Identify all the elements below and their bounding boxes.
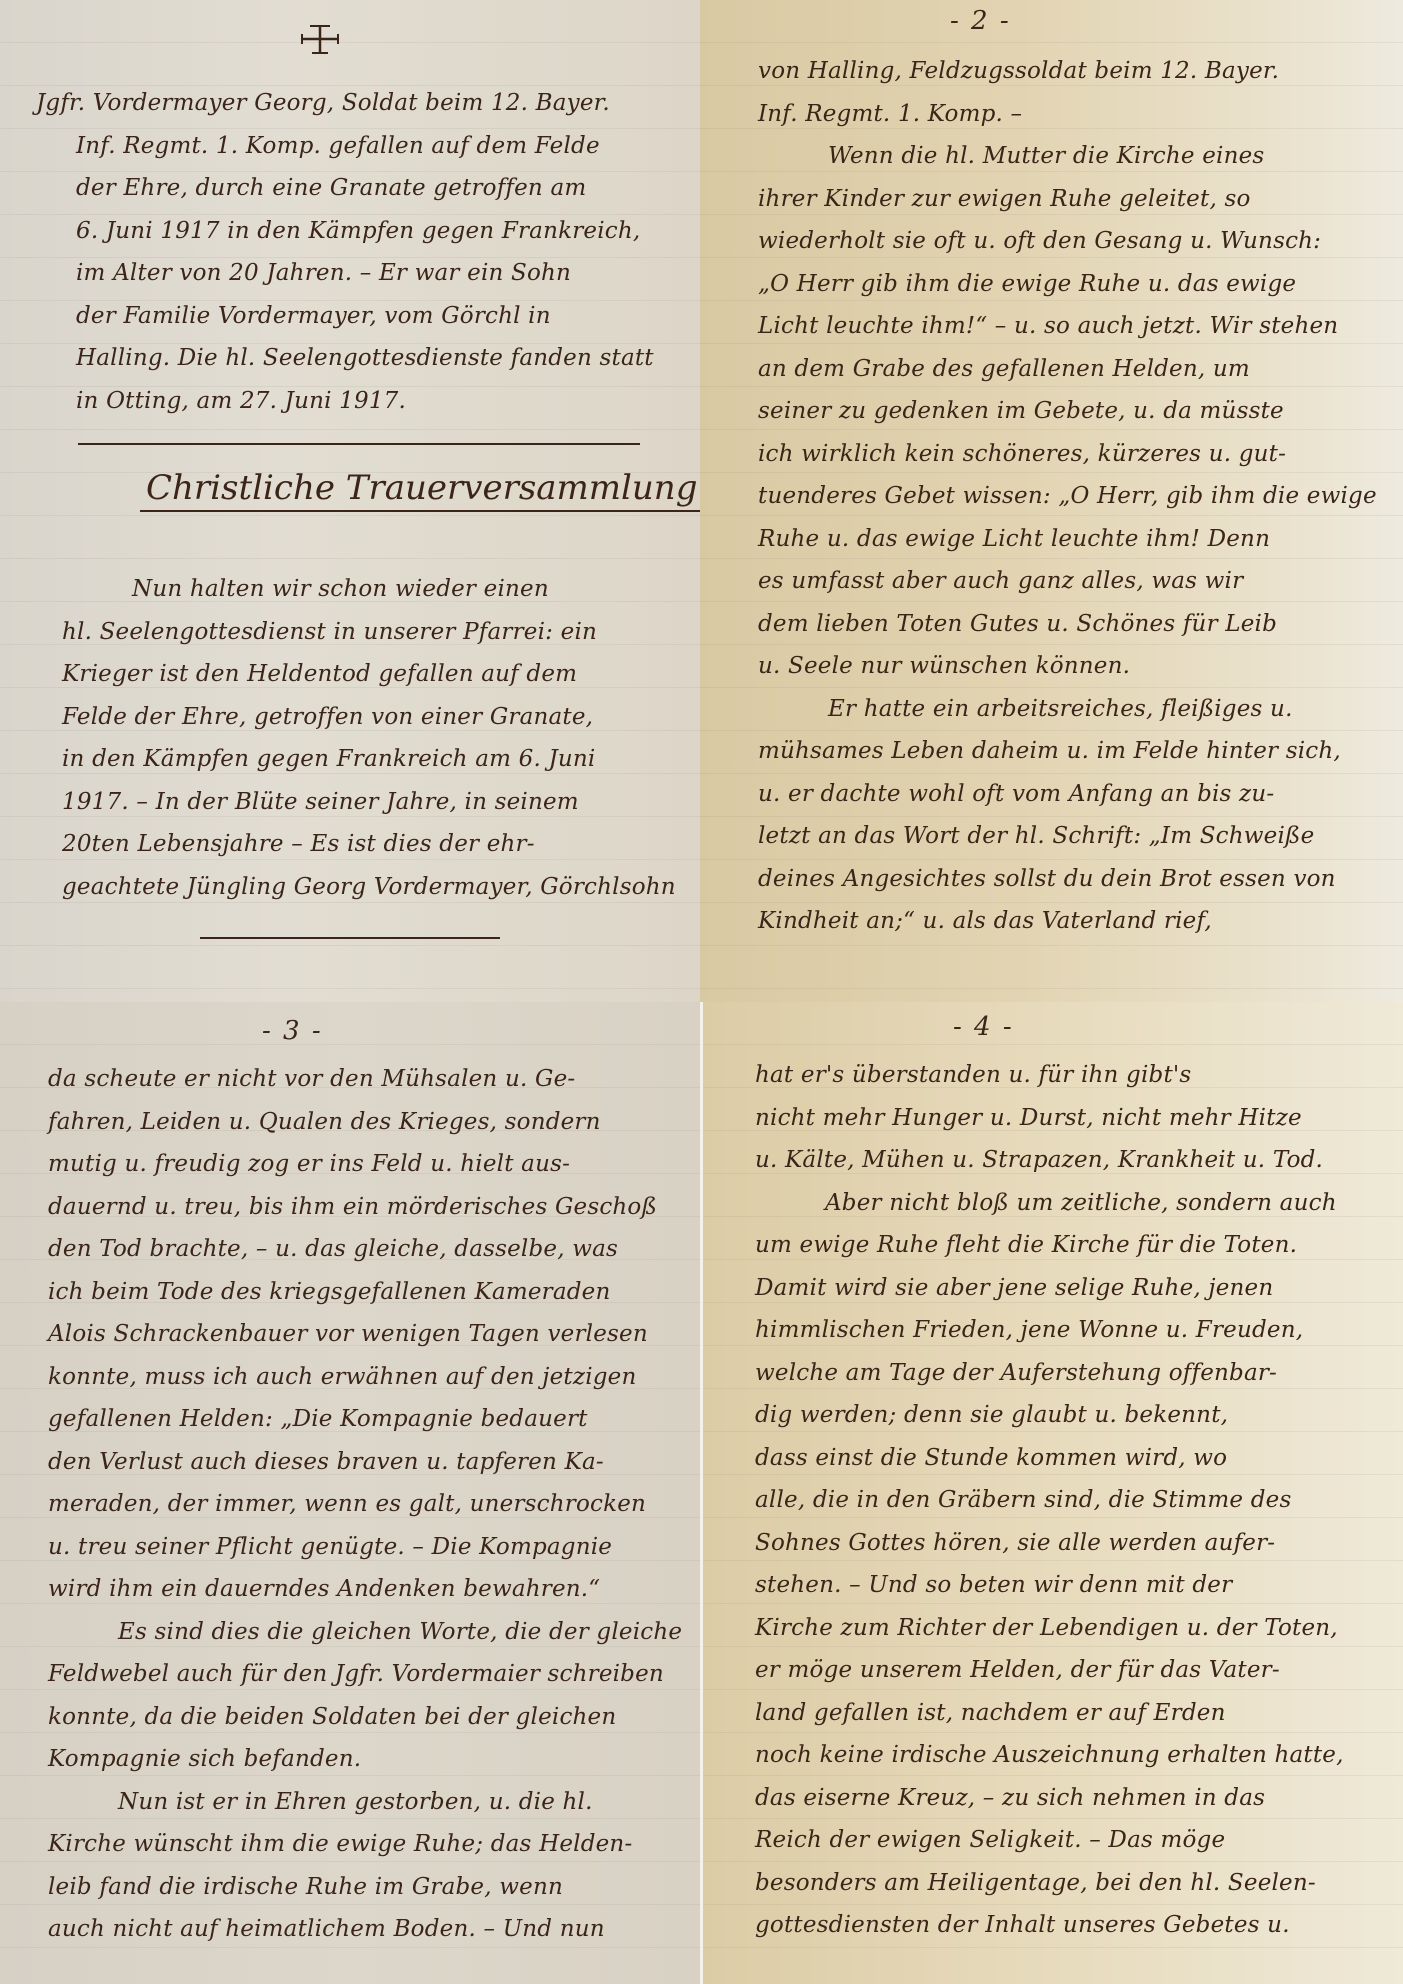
text-line: leib fand die irdische Ruhe im Grabe, we… (48, 1866, 682, 1909)
text-line: dig werden; denn sie glaubt u. bekennt, (755, 1394, 1344, 1437)
intro-line: Inf. Regmt. 1. Komp. gefallen auf dem Fe… (36, 125, 654, 168)
body-line: geachtete Jüngling Georg Vordermayer, Gö… (62, 866, 676, 909)
text-line: Sohnes Gottes hören, sie alle werden auf… (755, 1522, 1344, 1565)
text-line: Reich der ewigen Seligkeit. – Das möge (755, 1819, 1344, 1862)
page-number: - 4 - (953, 1012, 1014, 1042)
page-text: von Halling, Feldzugssoldat beim 12. Bay… (758, 50, 1377, 943)
text-line: „O Herr gib ihm die ewige Ruhe u. das ew… (758, 263, 1377, 306)
text-line: meraden, der immer, wenn es galt, unersc… (48, 1483, 682, 1526)
text-line: Kirche zum Richter der Lebendigen u. der… (755, 1607, 1344, 1650)
intro-line: Halling. Die hl. Seelengottesdienste fan… (36, 337, 654, 380)
text-line: Wenn die hl. Mutter die Kirche eines (758, 135, 1377, 178)
page-number: - 2 - (950, 6, 1011, 36)
text-line: u. Seele nur wünschen können. (758, 645, 1377, 688)
text-line: Kirche wünscht ihm die ewige Ruhe; das H… (48, 1823, 682, 1866)
text-line: ich beim Tode des kriegsgefallenen Kamer… (48, 1271, 682, 1314)
text-line: noch keine irdische Auszeichnung erhalte… (755, 1734, 1344, 1777)
name-underline (200, 937, 500, 939)
intro-line: der Familie Vordermayer, vom Görchl in (36, 295, 654, 338)
body-line: Krieger ist den Heldentod gefallen auf d… (62, 653, 676, 696)
text-line: deines Angesichtes sollst du dein Brot e… (758, 858, 1377, 901)
text-line: Damit wird sie aber jene selige Ruhe, je… (755, 1267, 1344, 1310)
manuscript-page-4: - 4 - hat er's überstanden u. für ihn gi… (700, 1002, 1403, 1984)
text-line: Nun ist er in Ehren gestorben, u. die hl… (48, 1781, 682, 1824)
text-line: land gefallen ist, nachdem er auf Erden (755, 1692, 1344, 1735)
body-line: 20ten Lebensjahre – Es ist dies der ehr- (62, 823, 676, 866)
text-line: Kompagnie sich befanden. (48, 1738, 682, 1781)
text-line: von Halling, Feldzugssoldat beim 12. Bay… (758, 50, 1377, 93)
manuscript-spread: Jgfr. Vordermayer Georg, Soldat beim 12.… (0, 0, 1403, 1984)
text-line: u. er dachte wohl oft vom Anfang an bis … (758, 773, 1377, 816)
text-line: konnte, da die beiden Soldaten bei der g… (48, 1696, 682, 1739)
text-line: den Tod brachte, – u. das gleiche, dasse… (48, 1228, 682, 1271)
text-line: er möge unserem Helden, der für das Vate… (755, 1649, 1344, 1692)
text-line: das eiserne Kreuz, – zu sich nehmen in d… (755, 1777, 1344, 1820)
text-line: Inf. Regmt. 1. Komp. – (758, 93, 1377, 136)
text-line: himmlischen Frieden, jene Wonne u. Freud… (755, 1309, 1344, 1352)
sermon-heading: Christliche Trauerversammlung! (140, 468, 700, 512)
sermon-body: Nun halten wir schon wieder einen hl. Se… (62, 568, 676, 908)
intro-line: in Otting, am 27. Juni 1917. (36, 380, 654, 423)
text-line: dass einst die Stunde kommen wird, wo (755, 1437, 1344, 1480)
text-line: Alois Schrackenbauer vor wenigen Tagen v… (48, 1313, 682, 1356)
body-line: 1917. – In der Blüte seiner Jahre, in se… (62, 781, 676, 824)
text-line: um ewige Ruhe fleht die Kirche für die T… (755, 1224, 1344, 1267)
text-line: ihrer Kinder zur ewigen Ruhe geleitet, s… (758, 178, 1377, 221)
page-text: hat er's überstanden u. für ihn gibt's n… (755, 1054, 1344, 1947)
text-line: Licht leuchte ihm!“ – u. so auch jetzt. … (758, 305, 1377, 348)
body-line: in den Kämpfen gegen Frankreich am 6. Ju… (62, 738, 676, 781)
text-line: an dem Grabe des gefallenen Helden, um (758, 348, 1377, 391)
intro-line: 6. Juni 1917 in den Kämpfen gegen Frankr… (36, 210, 654, 253)
body-line: hl. Seelengottesdienst in unserer Pfarre… (62, 611, 676, 654)
text-line: auch nicht auf heimatlichem Boden. – Und… (48, 1908, 682, 1951)
text-line: Er hatte ein arbeitsreiches, fleißiges u… (758, 688, 1377, 731)
text-line: Kindheit an;“ u. als das Vaterland rief, (758, 900, 1377, 943)
body-line: Felde der Ehre, getroffen von einer Gran… (62, 696, 676, 739)
text-line: gottesdiensten der Inhalt unseres Gebete… (755, 1904, 1344, 1947)
text-line: tuenderes Gebet wissen: „O Herr, gib ihm… (758, 475, 1377, 518)
text-line: Ruhe u. das ewige Licht leuchte ihm! Den… (758, 518, 1377, 561)
text-line: Es sind dies die gleichen Worte, die der… (48, 1611, 682, 1654)
cross-icon (300, 22, 340, 56)
text-line: stehen. – Und so beten wir denn mit der (755, 1564, 1344, 1607)
text-line: fahren, Leiden u. Qualen des Krieges, so… (48, 1101, 682, 1144)
text-line: welche am Tage der Auferstehung offenbar… (755, 1352, 1344, 1395)
text-line: den Verlust auch dieses braven u. tapfer… (48, 1441, 682, 1484)
text-line: letzt an das Wort der hl. Schrift: „Im S… (758, 815, 1377, 858)
text-line: dem lieben Toten Gutes u. Schönes für Le… (758, 603, 1377, 646)
manuscript-page-3: - 3 - da scheute er nicht vor den Mühsal… (0, 1002, 700, 1984)
intro-line: Jgfr. Vordermayer Georg, Soldat beim 12.… (36, 82, 654, 125)
text-line: seiner zu gedenken im Gebete, u. da müss… (758, 390, 1377, 433)
text-line: wiederholt sie oft u. oft den Gesang u. … (758, 220, 1377, 263)
text-line: hat er's überstanden u. für ihn gibt's (755, 1054, 1344, 1097)
text-line: Aber nicht bloß um zeitliche, sondern au… (755, 1182, 1344, 1225)
text-line: mühsames Leben daheim u. im Felde hinter… (758, 730, 1377, 773)
body-line: Nun halten wir schon wieder einen (62, 568, 676, 611)
intro-line: im Alter von 20 Jahren. – Er war ein Soh… (36, 252, 654, 295)
obituary-intro: Jgfr. Vordermayer Georg, Soldat beim 12.… (36, 82, 654, 422)
page-text: da scheute er nicht vor den Mühsalen u. … (48, 1058, 682, 1951)
intro-line: der Ehre, durch eine Granate getroffen a… (36, 167, 654, 210)
text-line: besonders am Heiligentage, bei den hl. S… (755, 1862, 1344, 1905)
text-line: konnte, muss ich auch erwähnen auf den j… (48, 1356, 682, 1399)
section-divider (78, 443, 640, 445)
text-line: u. Kälte, Mühen u. Strapazen, Krankheit … (755, 1139, 1344, 1182)
text-line: u. treu seiner Pflicht genügte. – Die Ko… (48, 1526, 682, 1569)
manuscript-page-2: - 2 - von Halling, Feldzugssoldat beim 1… (700, 0, 1403, 1002)
text-line: gefallenen Helden: „Die Kompagnie bedaue… (48, 1398, 682, 1441)
page-number: - 3 - (262, 1016, 323, 1046)
text-line: nicht mehr Hunger u. Durst, nicht mehr H… (755, 1097, 1344, 1140)
text-line: Feldwebel auch für den Jgfr. Vordermaier… (48, 1653, 682, 1696)
text-line: wird ihm ein dauerndes Andenken bewahren… (48, 1568, 682, 1611)
text-line: ich wirklich kein schöneres, kürzeres u.… (758, 433, 1377, 476)
text-line: mutig u. freudig zog er ins Feld u. hiel… (48, 1143, 682, 1186)
text-line: alle, die in den Gräbern sind, die Stimm… (755, 1479, 1344, 1522)
text-line: dauernd u. treu, bis ihm ein mörderische… (48, 1186, 682, 1229)
manuscript-page-1: Jgfr. Vordermayer Georg, Soldat beim 12.… (0, 0, 700, 1002)
text-line: es umfasst aber auch ganz alles, was wir (758, 560, 1377, 603)
text-line: da scheute er nicht vor den Mühsalen u. … (48, 1058, 682, 1101)
